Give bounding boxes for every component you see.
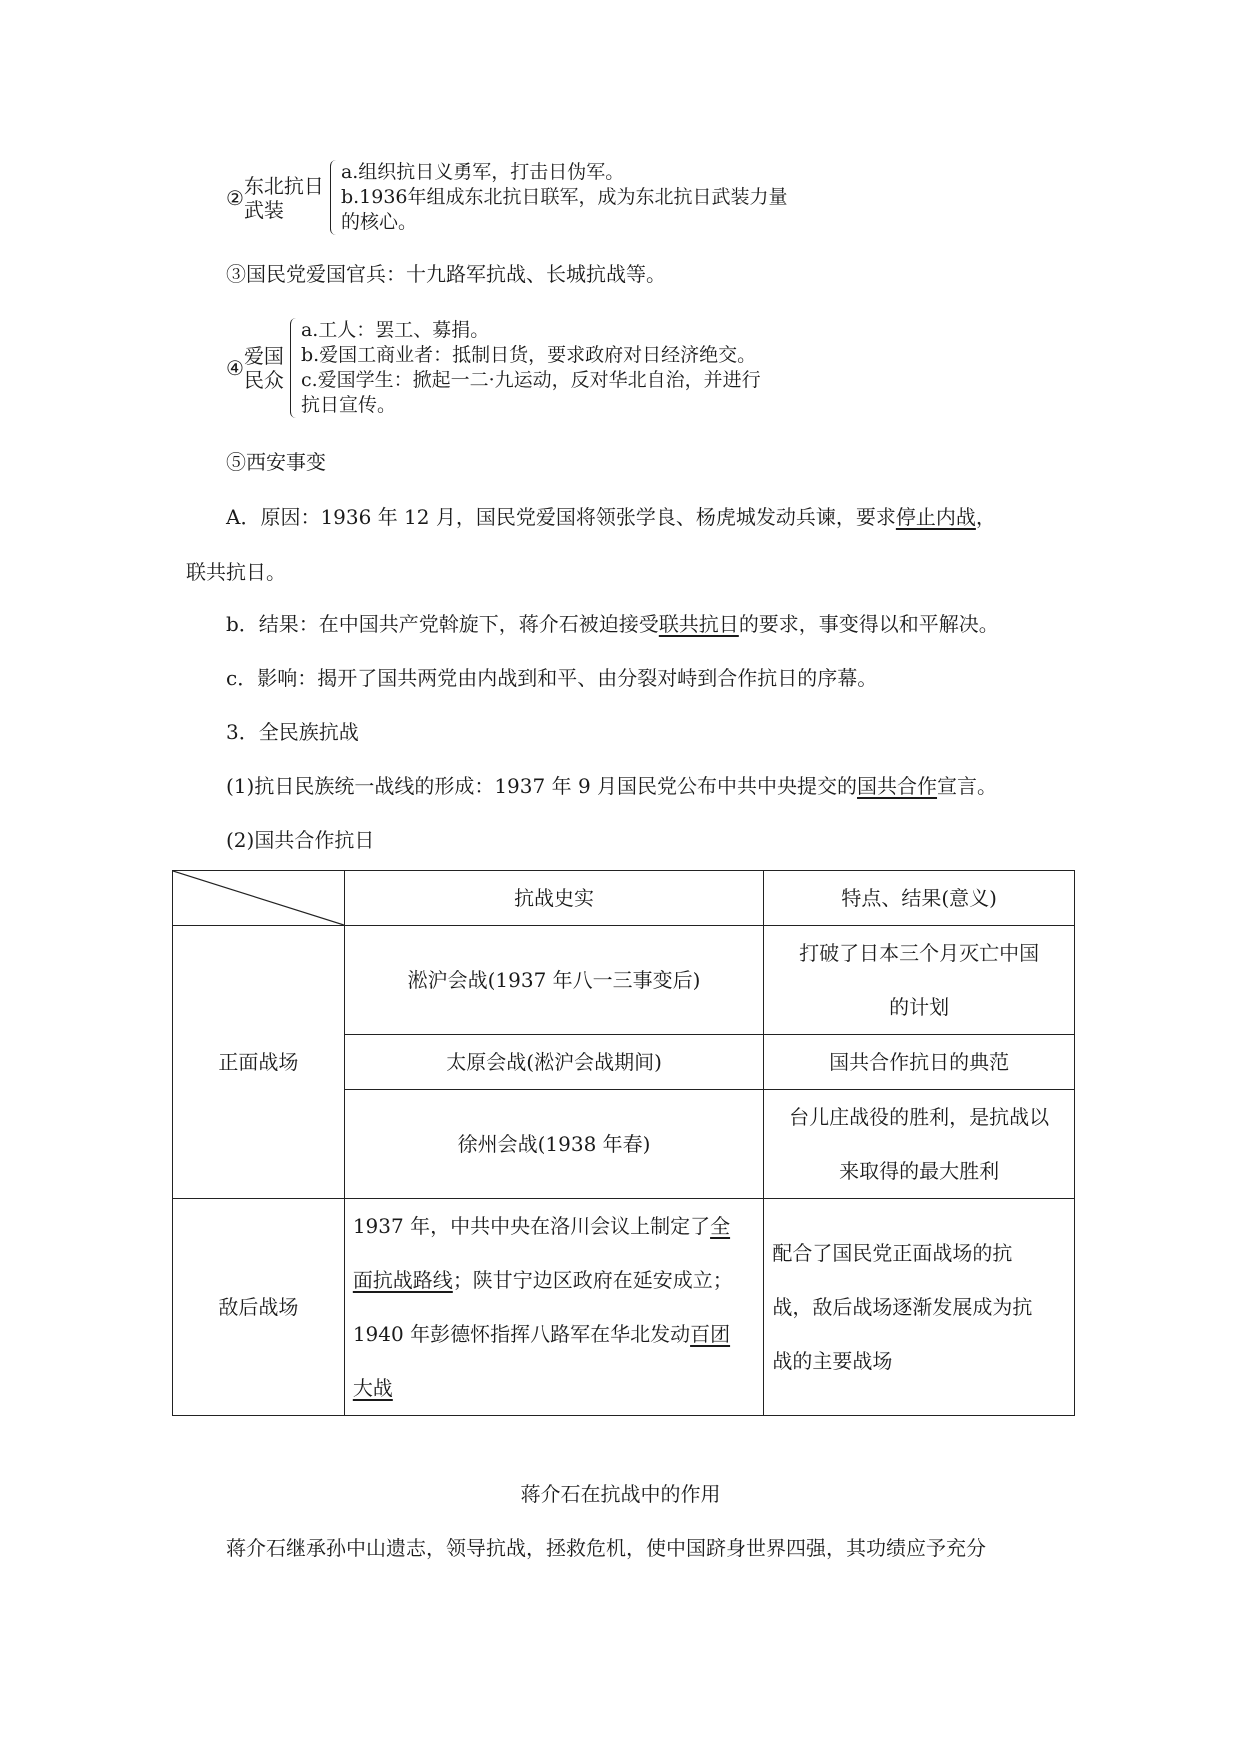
rear-battlefield-label: 敌后战场 <box>173 1199 345 1416</box>
xian-incident-title: ⑤西安事变 <box>226 450 326 474</box>
result-cell: 配合了国民党正面战场的抗 战，敌后战场逐渐发展成为抗 战的主要战场 <box>764 1199 1075 1416</box>
section-northeast-armed: ② 东北抗日 武装 a.组织抗日义勇军，打击日伪军。 b.1936年组成东北抗日… <box>226 160 788 235</box>
underlined-term: 停止内战 <box>896 505 976 529</box>
header-results: 特点、结果(意义) <box>764 871 1075 926</box>
fact-cell: 太原会战(淞沪会战期间) <box>344 1035 764 1090</box>
circled-number: ② <box>226 186 244 210</box>
list-item: 的核心。 <box>341 210 788 235</box>
xian-cause: A．原因：1936 年 12 月，国民党爱国将领张学良、杨虎城发动兵谏，要求停止… <box>226 505 996 529</box>
table-row: 敌后战场 1937 年，中共中央在洛川会议上制定了全 面抗战路线；陕甘宁边区政府… <box>173 1199 1075 1416</box>
list-item: a.工人：罢工、募捐。 <box>301 318 761 343</box>
list-item: 抗日宣传。 <box>301 393 761 418</box>
xian-cause-cont: 联共抗日。 <box>186 560 286 584</box>
part3-title: 3．全民族抗战 <box>226 720 359 744</box>
section-patriotic-masses: ④ 爱国 民众 a.工人：罢工、募捐。 b.爱国工商业者：抵制日货，要求政府对日… <box>226 318 761 418</box>
front-battlefield-label: 正面战场 <box>173 926 345 1199</box>
result-cell: 国共合作抗日的典范 <box>764 1035 1075 1090</box>
kmt-ccp-cooperation: (2)国共合作抗日 <box>226 828 374 852</box>
extra-text: 蒋介石继承孙中山遗志，领导抗战，拯救危机，使中国跻身世界四强，其功绩应予充分 <box>226 1536 986 1560</box>
section-kmt-officers: ③国民党爱国官兵：十九路军抗战、长城抗战等。 <box>226 262 666 286</box>
fact-cell: 徐州会战(1938 年春) <box>344 1090 764 1199</box>
table-row: 正面战场 淞沪会战(1937 年八一三事变后) 打破了日本三个月灭亡中国的计划 <box>173 926 1075 1035</box>
fact-cell: 淞沪会战(1937 年八一三事变后) <box>344 926 764 1035</box>
list-item: b.1936年组成东北抗日联军，成为东北抗日武装力量 <box>341 185 788 210</box>
list-item: c.爱国学生：掀起一二·九运动，反对华北自治，并进行 <box>301 368 761 393</box>
brace-list: a.工人：罢工、募捐。 b.爱国工商业者：抵制日货，要求政府对日经济绝交。 c.… <box>301 318 761 418</box>
header-facts: 抗战史实 <box>344 871 764 926</box>
result-cell: 打破了日本三个月灭亡中国的计划 <box>764 926 1075 1035</box>
brace-list: a.组织抗日义勇军，打击日伪军。 b.1936年组成东北抗日联军，成为东北抗日武… <box>341 160 788 235</box>
circled-number: ④ <box>226 356 244 380</box>
extra-title: 蒋介石在抗战中的作用 <box>0 1482 1241 1506</box>
xian-result: b．结果：在中国共产党斡旋下，蒋介石被迫接受联共抗日的要求，事变得以和平解决。 <box>226 612 999 636</box>
underlined-term: 联共抗日 <box>659 612 739 636</box>
list-item: a.组织抗日义勇军，打击日伪军。 <box>341 160 788 185</box>
table-header-row: 抗战史实 特点、结果(意义) <box>173 871 1075 926</box>
brace-icon <box>330 160 339 235</box>
list-item: b.爱国工商业者：抵制日货，要求政府对日经济绝交。 <box>301 343 761 368</box>
brace-heading: 东北抗日 武装 <box>244 174 324 222</box>
brace-heading: 爱国 民众 <box>244 344 284 392</box>
brace-icon <box>290 318 299 418</box>
diagonal-header-cell <box>173 871 345 926</box>
xian-impact: c．影响：揭开了国共两党由内战到和平、由分裂对峙到合作抗日的序幕。 <box>226 666 877 690</box>
battlefield-table: 抗战史实 特点、结果(意义) 正面战场 淞沪会战(1937 年八一三事变后) 打… <box>172 870 1075 1416</box>
result-cell: 台儿庄战役的胜利，是抗战以来取得的最大胜利 <box>764 1090 1075 1199</box>
underlined-term: 国共合作 <box>857 774 937 798</box>
fact-cell: 1937 年，中共中央在洛川会议上制定了全 面抗战路线；陕甘宁边区政府在延安成立… <box>344 1199 764 1416</box>
united-front: (1)抗日民族统一战线的形成：1937 年 9 月国民党公布中共中央提交的国共合… <box>226 774 997 798</box>
